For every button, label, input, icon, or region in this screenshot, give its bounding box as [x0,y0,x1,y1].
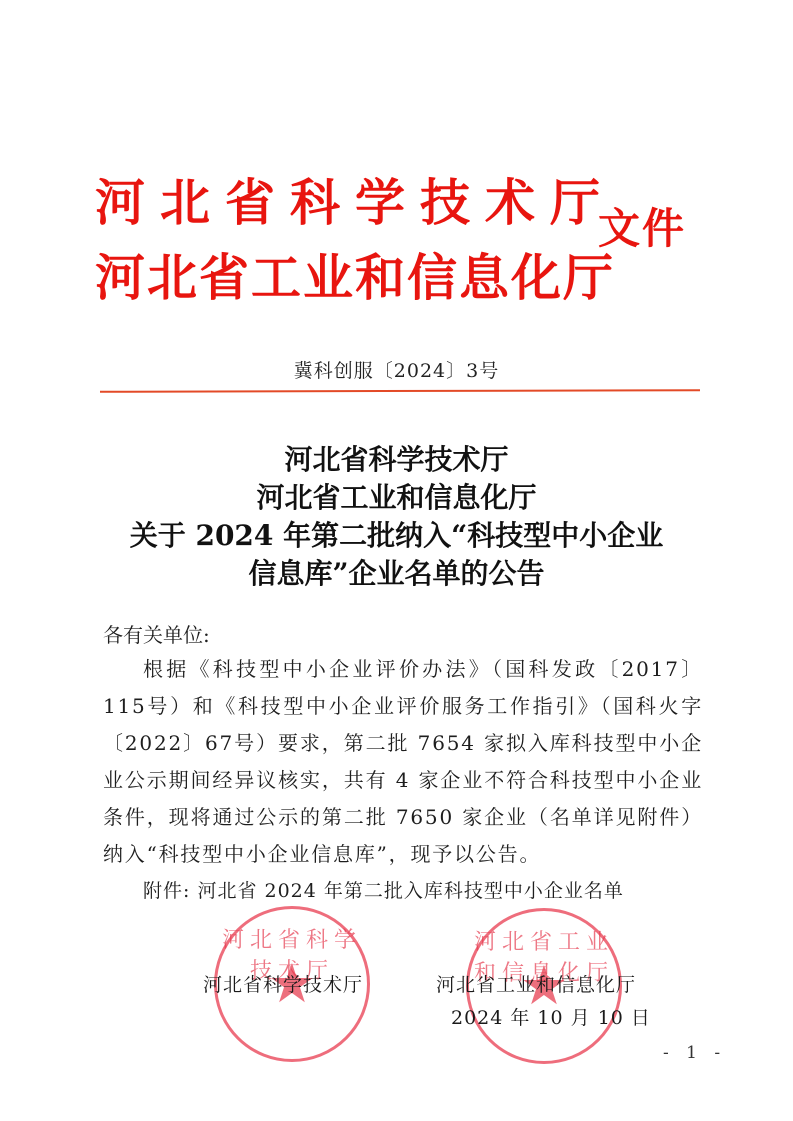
title-line-4: 信息库”企业名单的公告 [0,555,793,593]
red-divider-rule [100,389,700,393]
signature-left: 河北省科学技术厅 [203,970,363,997]
issuer-line-1: 河北省科学技术厅 [95,163,615,235]
document-type-label: 文件 [598,196,686,256]
body-paragraph: 根据《科技型中小企业评价办法》（国科发政〔2017〕115号）和《科技型中小企业… [103,651,703,873]
issue-date: 2024 年 10 月 10 日 [451,1003,651,1030]
issuer-line-2: 河北省工业和信息化厅 [95,238,615,310]
title-line-1: 河北省科学技术厅 [0,441,793,479]
announcement-title: 河北省科学技术厅 河北省工业和信息化厅 关于 2024 年第二批纳入“科技型中小… [0,441,793,593]
signature-right: 河北省工业和信息化厅 [436,970,636,997]
salutation: 各有关单位: [103,617,210,654]
title-line-3: 关于 2024 年第二批纳入“科技型中小企业 [0,517,793,555]
attachment-note: 附件: 河北省 2024 年第二批入库科技型中小企业名单 [143,873,624,910]
title-line-2: 河北省工业和信息化厅 [0,479,793,517]
page-number: - 1 - [663,1043,726,1063]
document-number: 冀科创服〔2024〕3号 [0,356,793,383]
